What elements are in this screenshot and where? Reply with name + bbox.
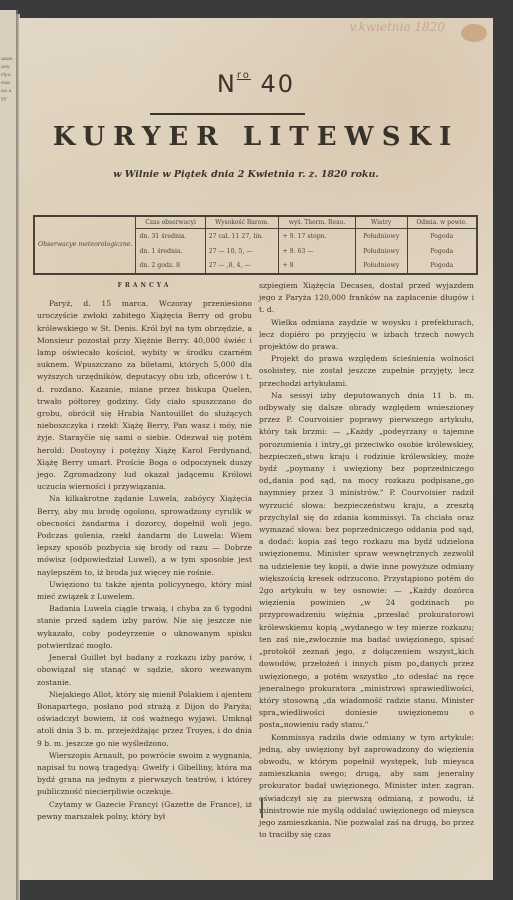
article-paragraph: Wierszopis Arnault, po powrócie swoim z … bbox=[37, 750, 252, 799]
article-paragraph: Na sessyi izby deputowanych dnia 11 b. m… bbox=[259, 390, 474, 732]
issue-label: N bbox=[217, 70, 237, 98]
meteo-weather: Pogoda bbox=[407, 229, 477, 245]
meteorological-table: Obserwacye meteorologiczne. Czas obserwa… bbox=[33, 215, 478, 275]
article-column-left: FRANCYA Paryż, d. 15 marca. Wczoray prze… bbox=[37, 280, 252, 823]
article-paragraph: Jenerał Guillet był badany z rozkazu izb… bbox=[37, 652, 252, 689]
article-paragraph: Projekt do prawa względem ścieśnienia wo… bbox=[259, 353, 474, 390]
issue-number: Nro 40 bbox=[19, 70, 493, 98]
paper-stain bbox=[461, 24, 487, 42]
meteo-wind: Południowy bbox=[355, 259, 407, 274]
meteo-weather: Pogoda bbox=[407, 244, 477, 258]
issue-number-value: 40 bbox=[261, 70, 296, 98]
article-paragraph: Kommissya radziła dwie odmiany w tym art… bbox=[259, 732, 474, 842]
meteo-time: dn. 2 godz. 8 bbox=[136, 259, 205, 274]
article-paragraph: Badania Luwela ciągle trwaią, i chyba za… bbox=[37, 603, 252, 652]
article-paragraph: Paryż, d. 15 marca. Wczoray przeniesiono… bbox=[37, 298, 252, 493]
article-paragraph: Niejakiego Allot, który się mienił Polak… bbox=[37, 689, 252, 750]
meteo-header-weather: Odmia. w powie. bbox=[407, 217, 477, 229]
meteo-time: dn. 31 średnia. bbox=[136, 229, 205, 245]
article-column-right: szpiegiem Xiążęcia Decases, dostał przed… bbox=[259, 280, 474, 841]
meteo-thermometer: + 8 bbox=[279, 259, 355, 274]
section-heading: FRANCYA bbox=[37, 280, 252, 292]
meteo-barometer: 27 cal. 11 27, lin. bbox=[205, 229, 279, 245]
meteo-barometer: 27 — 10, 5, — bbox=[205, 244, 279, 258]
handwritten-note: v.kwietnia 1820 bbox=[349, 20, 445, 34]
meteo-header-winds: Wiatry bbox=[355, 217, 407, 229]
meteo-wind: Południowy bbox=[355, 229, 407, 245]
adjacent-page-text: aaasaoy rlyaeaa aa ayy bbox=[1, 55, 13, 103]
article-paragraph: Uwięziono tu także ajenta policyynego, k… bbox=[37, 579, 252, 603]
meteo-header-time: Czas obserwacyi bbox=[136, 217, 205, 229]
paper-fold-mark bbox=[261, 798, 263, 818]
article-paragraph: Czytamy w Gazecie Francyi (Gazette de Fr… bbox=[37, 799, 252, 823]
meteo-time: dn. 1 średnia. bbox=[136, 244, 205, 258]
article-paragraph: Wielka odmiana zaydzie w woysku i prefek… bbox=[259, 317, 474, 354]
meteo-barometer: 27 — ,8, 4, — bbox=[205, 259, 279, 274]
article-paragraph: Na kilkakrotne żądanie Luwela, zabóycy X… bbox=[37, 493, 252, 578]
meteo-label: Obserwacye meteorologiczne. bbox=[34, 217, 136, 273]
meteo-weather: Pogoda bbox=[407, 259, 477, 274]
title-rule bbox=[150, 113, 305, 115]
meteo-wind: Południowy bbox=[355, 244, 407, 258]
article-paragraph: szpiegiem Xiążęcia Decases, dostał przed… bbox=[259, 280, 474, 317]
issue-label-sup: ro bbox=[237, 70, 251, 81]
newspaper-page: v.kwietnia 1820 Nro 40 KURYER LITEWSKI w… bbox=[19, 18, 493, 880]
masthead-title: KURYER LITEWSKI bbox=[19, 122, 493, 152]
meteo-thermometer: + 9. 63 — bbox=[279, 244, 355, 258]
dateline: w Wilnie w Piątek dnia 2 Kwietnia r. z. … bbox=[19, 169, 473, 180]
meteo-thermometer: + 9. 17 stopn. bbox=[279, 229, 355, 245]
meteo-header-barometer: Wysokość Barom. bbox=[205, 217, 279, 229]
meteo-header-thermometer: wyś. Therm. Reau. bbox=[279, 217, 355, 229]
